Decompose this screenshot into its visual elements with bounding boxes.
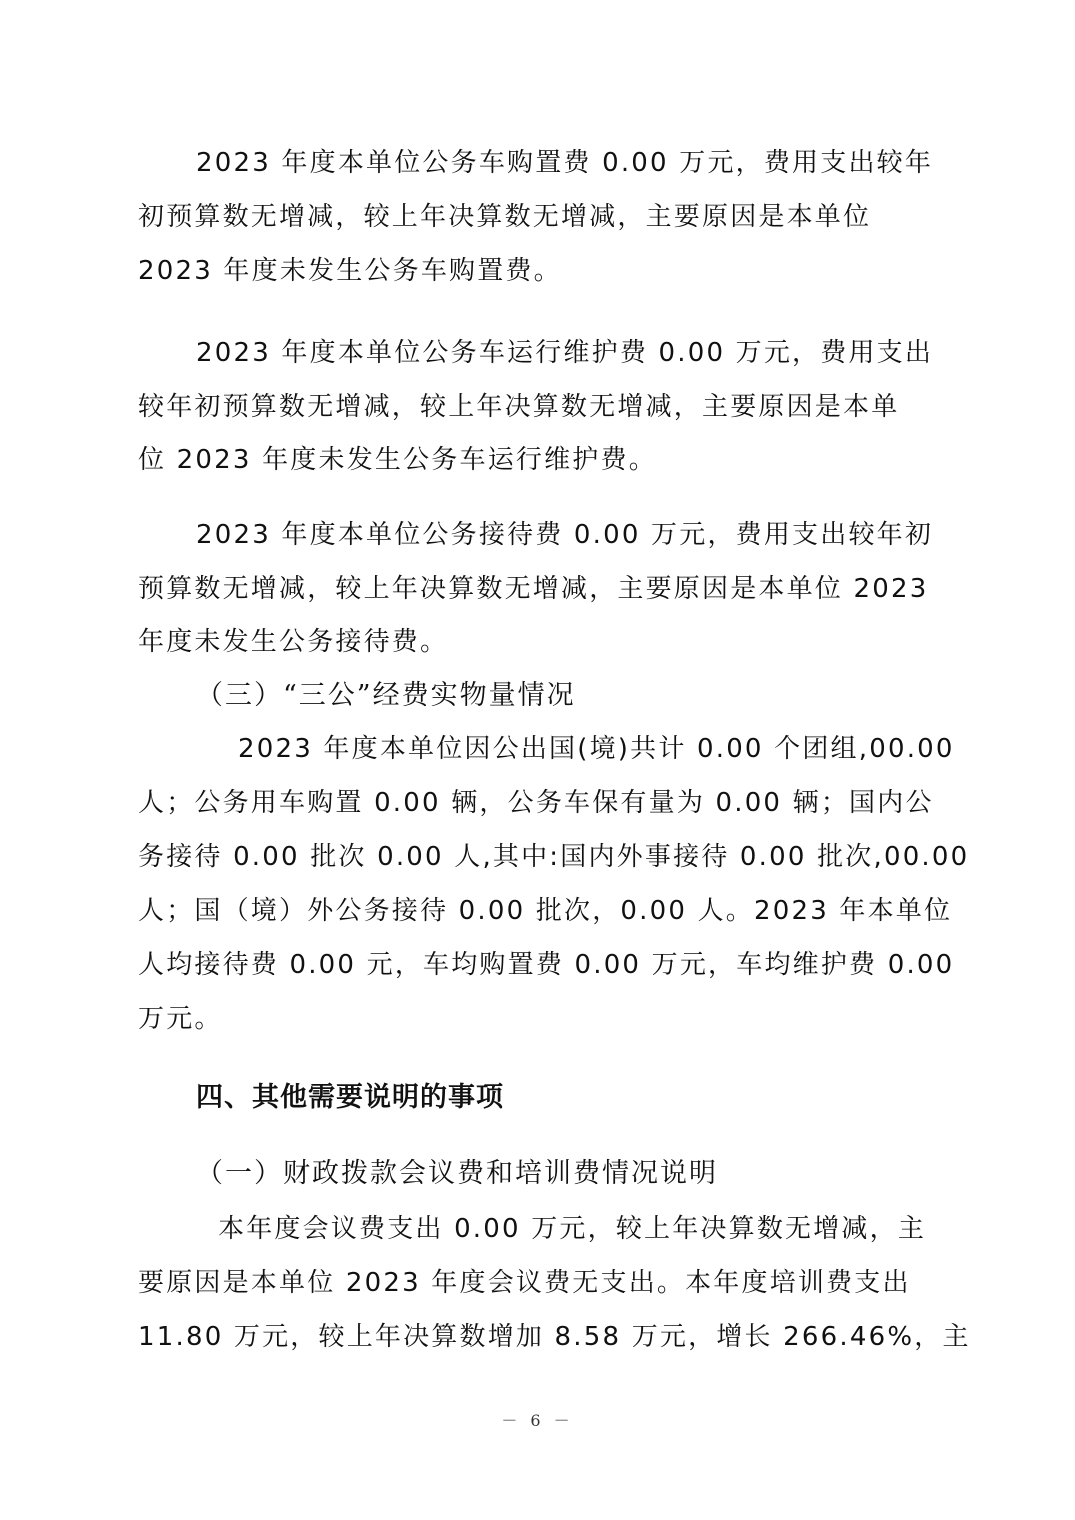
heading-section-4-meeting-training: （一）财政拨款会议费和培训费情况说明: [196, 1157, 718, 1191]
paragraph-car-purchase-line-2: 初预算数无增减，较上年决算数无增减，主要原因是本单位: [138, 200, 871, 234]
paragraph-car-purchase-line-3: 2023 年度未发生公务车购置费。: [138, 254, 562, 288]
heading-section-3-physical-quantity: （三）“三公”经费实物量情况: [196, 679, 576, 713]
page-number: － 6 －: [0, 1408, 1075, 1431]
paragraph-reception-line-2: 预算数无增减，较上年决算数无增减，主要原因是本单位 2023: [138, 572, 928, 606]
paragraph-reception-line-3: 年度未发生公务接待费。: [138, 625, 448, 659]
paragraph-reception-line-1: 2023 年度本单位公务接待费 0.00 万元，费用支出较年初: [196, 518, 933, 552]
paragraph-physical-quantity-line-6: 万元。: [138, 1002, 223, 1036]
paragraph-meeting-training-line-1: 本年度会议费支出 0.00 万元，较上年决算数无增减，主: [218, 1212, 926, 1246]
paragraph-physical-quantity-line-2: 人；公务用车购置 0.00 辆，公务车保有量为 0.00 辆；国内公: [138, 786, 934, 820]
paragraph-physical-quantity-line-3: 务接待 0.00 批次 0.00 人,其中:国内外事接待 0.00 批次,00.…: [138, 840, 969, 874]
paragraph-car-maintenance-line-2: 较年初预算数无增减，较上年决算数无增减，主要原因是本单: [138, 390, 899, 424]
paragraph-meeting-training-line-2: 要原因是本单位 2023 年度会议费无支出。本年度培训费支出: [138, 1266, 911, 1300]
paragraph-car-maintenance-line-1: 2023 年度本单位公务车运行维护费 0.00 万元，费用支出: [196, 336, 933, 370]
paragraph-car-purchase-line-1: 2023 年度本单位公务车购置费 0.00 万元，费用支出较年: [196, 146, 933, 180]
paragraph-physical-quantity-line-4: 人；国（境）外公务接待 0.00 批次，0.00 人。2023 年本单位: [138, 894, 952, 928]
paragraph-physical-quantity-line-5: 人均接待费 0.00 元，车均购置费 0.00 万元，车均维护费 0.00: [138, 948, 954, 982]
paragraph-meeting-training-line-3: 11.80 万元，较上年决算数增加 8.58 万元，增长 266.46%，主: [138, 1320, 971, 1354]
paragraph-car-maintenance-line-3: 位 2023 年度未发生公务车运行维护费。: [138, 443, 657, 477]
paragraph-physical-quantity-line-1: 2023 年度本单位因公出国(境)共计 0.00 个团组,00.00: [238, 732, 955, 766]
heading-section-4-other-matters: 四、其他需要说明的事项: [196, 1081, 504, 1115]
document-page: 2023 年度本单位公务车购置费 0.00 万元，费用支出较年 初预算数无增减，…: [0, 0, 1075, 1520]
